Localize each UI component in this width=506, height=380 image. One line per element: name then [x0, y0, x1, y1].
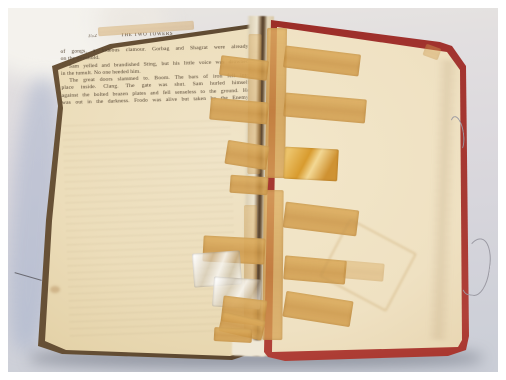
tape-strip — [229, 175, 268, 196]
photo-of-open-book: 352 THE TWO TOWERS of gongs, a hideous c… — [0, 0, 506, 380]
photo-area: 352 THE TWO TOWERS of gongs, a hideous c… — [0, 0, 506, 380]
page-stain — [50, 286, 60, 293]
tape-strip — [214, 327, 253, 343]
tape-strip-vertical — [262, 190, 283, 340]
cellophane-tape-patch — [283, 147, 339, 182]
